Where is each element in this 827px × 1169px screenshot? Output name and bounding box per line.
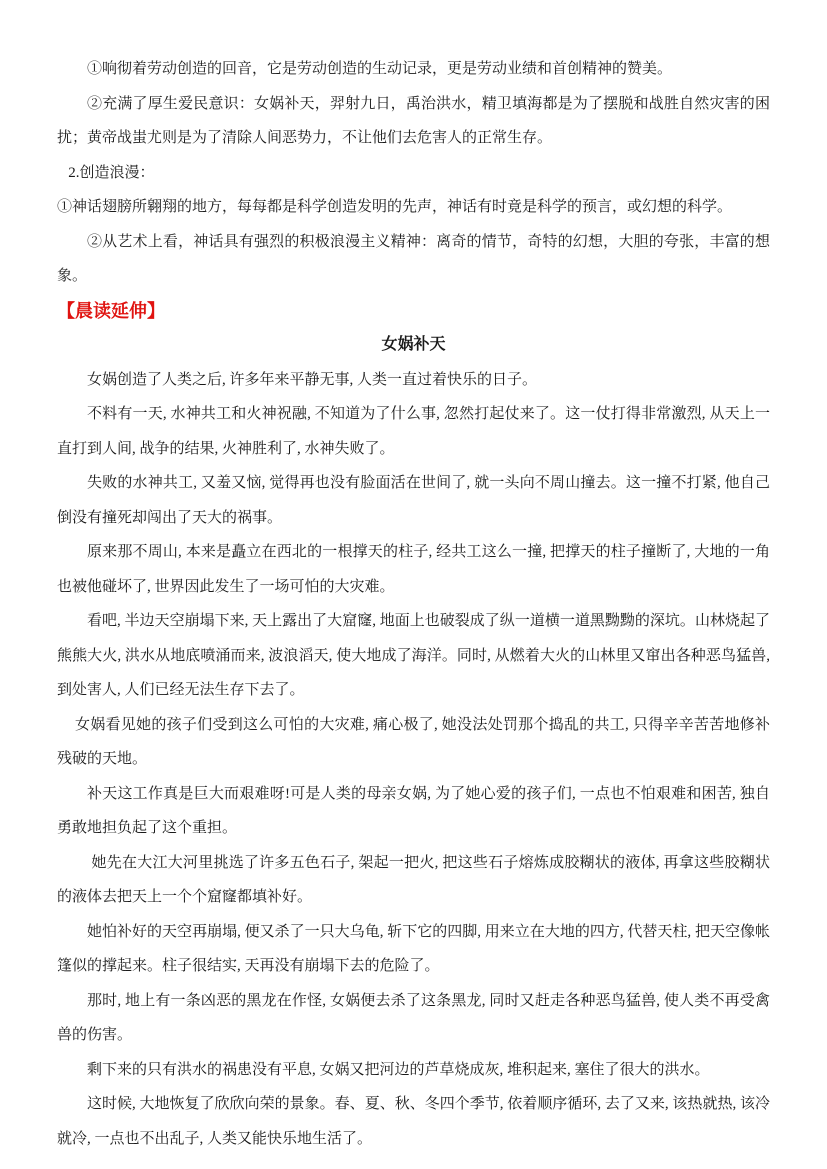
document-page: ①响彻着劳动创造的回音，它是劳动创造的生动记录，更是劳动业绩和首创精神的赞美。 …: [0, 0, 827, 1169]
story-paragraph: 不料有一天, 水神共工和火神祝融, 不知道为了什么事, 忽然打起仗来了。这一仗打…: [57, 397, 770, 466]
subsection-item-1: ①神话翅膀所翱翔的地方，每每都是科学创造发明的先声，神话有时竟是科学的预言，或幻…: [57, 190, 770, 225]
subsection-heading: 2.创造浪漫：: [57, 156, 770, 191]
story-paragraph: 她怕补好的天空再崩塌, 便又杀了一只大乌龟, 斩下它的四脚, 用来立在大地的四方…: [57, 915, 770, 984]
story-paragraph: 剩下来的只有洪水的祸患没有平息, 女娲又把河边的芦草烧成灰, 堆积起来, 塞住了…: [57, 1053, 770, 1088]
story-paragraph: 原来那不周山, 本来是矗立在西北的一根撑天的柱子, 经共工这么一撞, 把撑天的柱…: [57, 535, 770, 604]
subsection-item-2: ②从艺术上看，神话具有强烈的积极浪漫主义精神：离奇的情节，奇特的幻想，大胆的夸张…: [57, 225, 770, 294]
story-paragraph: 女娲看见她的孩子们受到这么可怕的大灾难, 痛心极了, 她没法处罚那个捣乱的共工,…: [57, 708, 770, 777]
story-paragraph: 补天这工作真是巨大而艰难呀!可是人类的母亲女娲, 为了她心爱的孩子们, 一点也不…: [57, 777, 770, 846]
story-paragraph: 那时, 地上有一条凶恶的黑龙在作怪, 女娲便去杀了这条黑龙, 同时又赶走各种恶鸟…: [57, 984, 770, 1053]
story-paragraph: 失败的水神共工, 又羞又恼, 觉得再也没有脸面活在世间了, 就一头向不周山撞去。…: [57, 466, 770, 535]
intro-item-2: ②充满了厚生爱民意识：女娲补天，羿射九日，禹治洪水，精卫填海都是为了摆脱和战胜自…: [57, 87, 770, 156]
extension-section-header: 【晨读延伸】: [57, 294, 770, 329]
story-paragraph: 看吧, 半边天空崩塌下来, 天上露出了大窟窿, 地面上也破裂成了纵一道横一道黑黝…: [57, 604, 770, 708]
story-paragraph: 女娲创造了人类之后, 许多年来平静无事, 人类一直过着快乐的日子。: [57, 363, 770, 398]
intro-item-1: ①响彻着劳动创造的回音，它是劳动创造的生动记录，更是劳动业绩和首创精神的赞美。: [57, 52, 770, 87]
story-title: 女娲补天: [57, 328, 770, 363]
story-paragraph: 这时候, 大地恢复了欣欣向荣的景象。春、夏、秋、冬四个季节, 依着顺序循环, 去…: [57, 1087, 770, 1156]
story-paragraph: 她先在大江大河里挑选了许多五色石子, 架起一把火, 把这些石子熔炼成胶糊状的液体…: [57, 846, 770, 915]
